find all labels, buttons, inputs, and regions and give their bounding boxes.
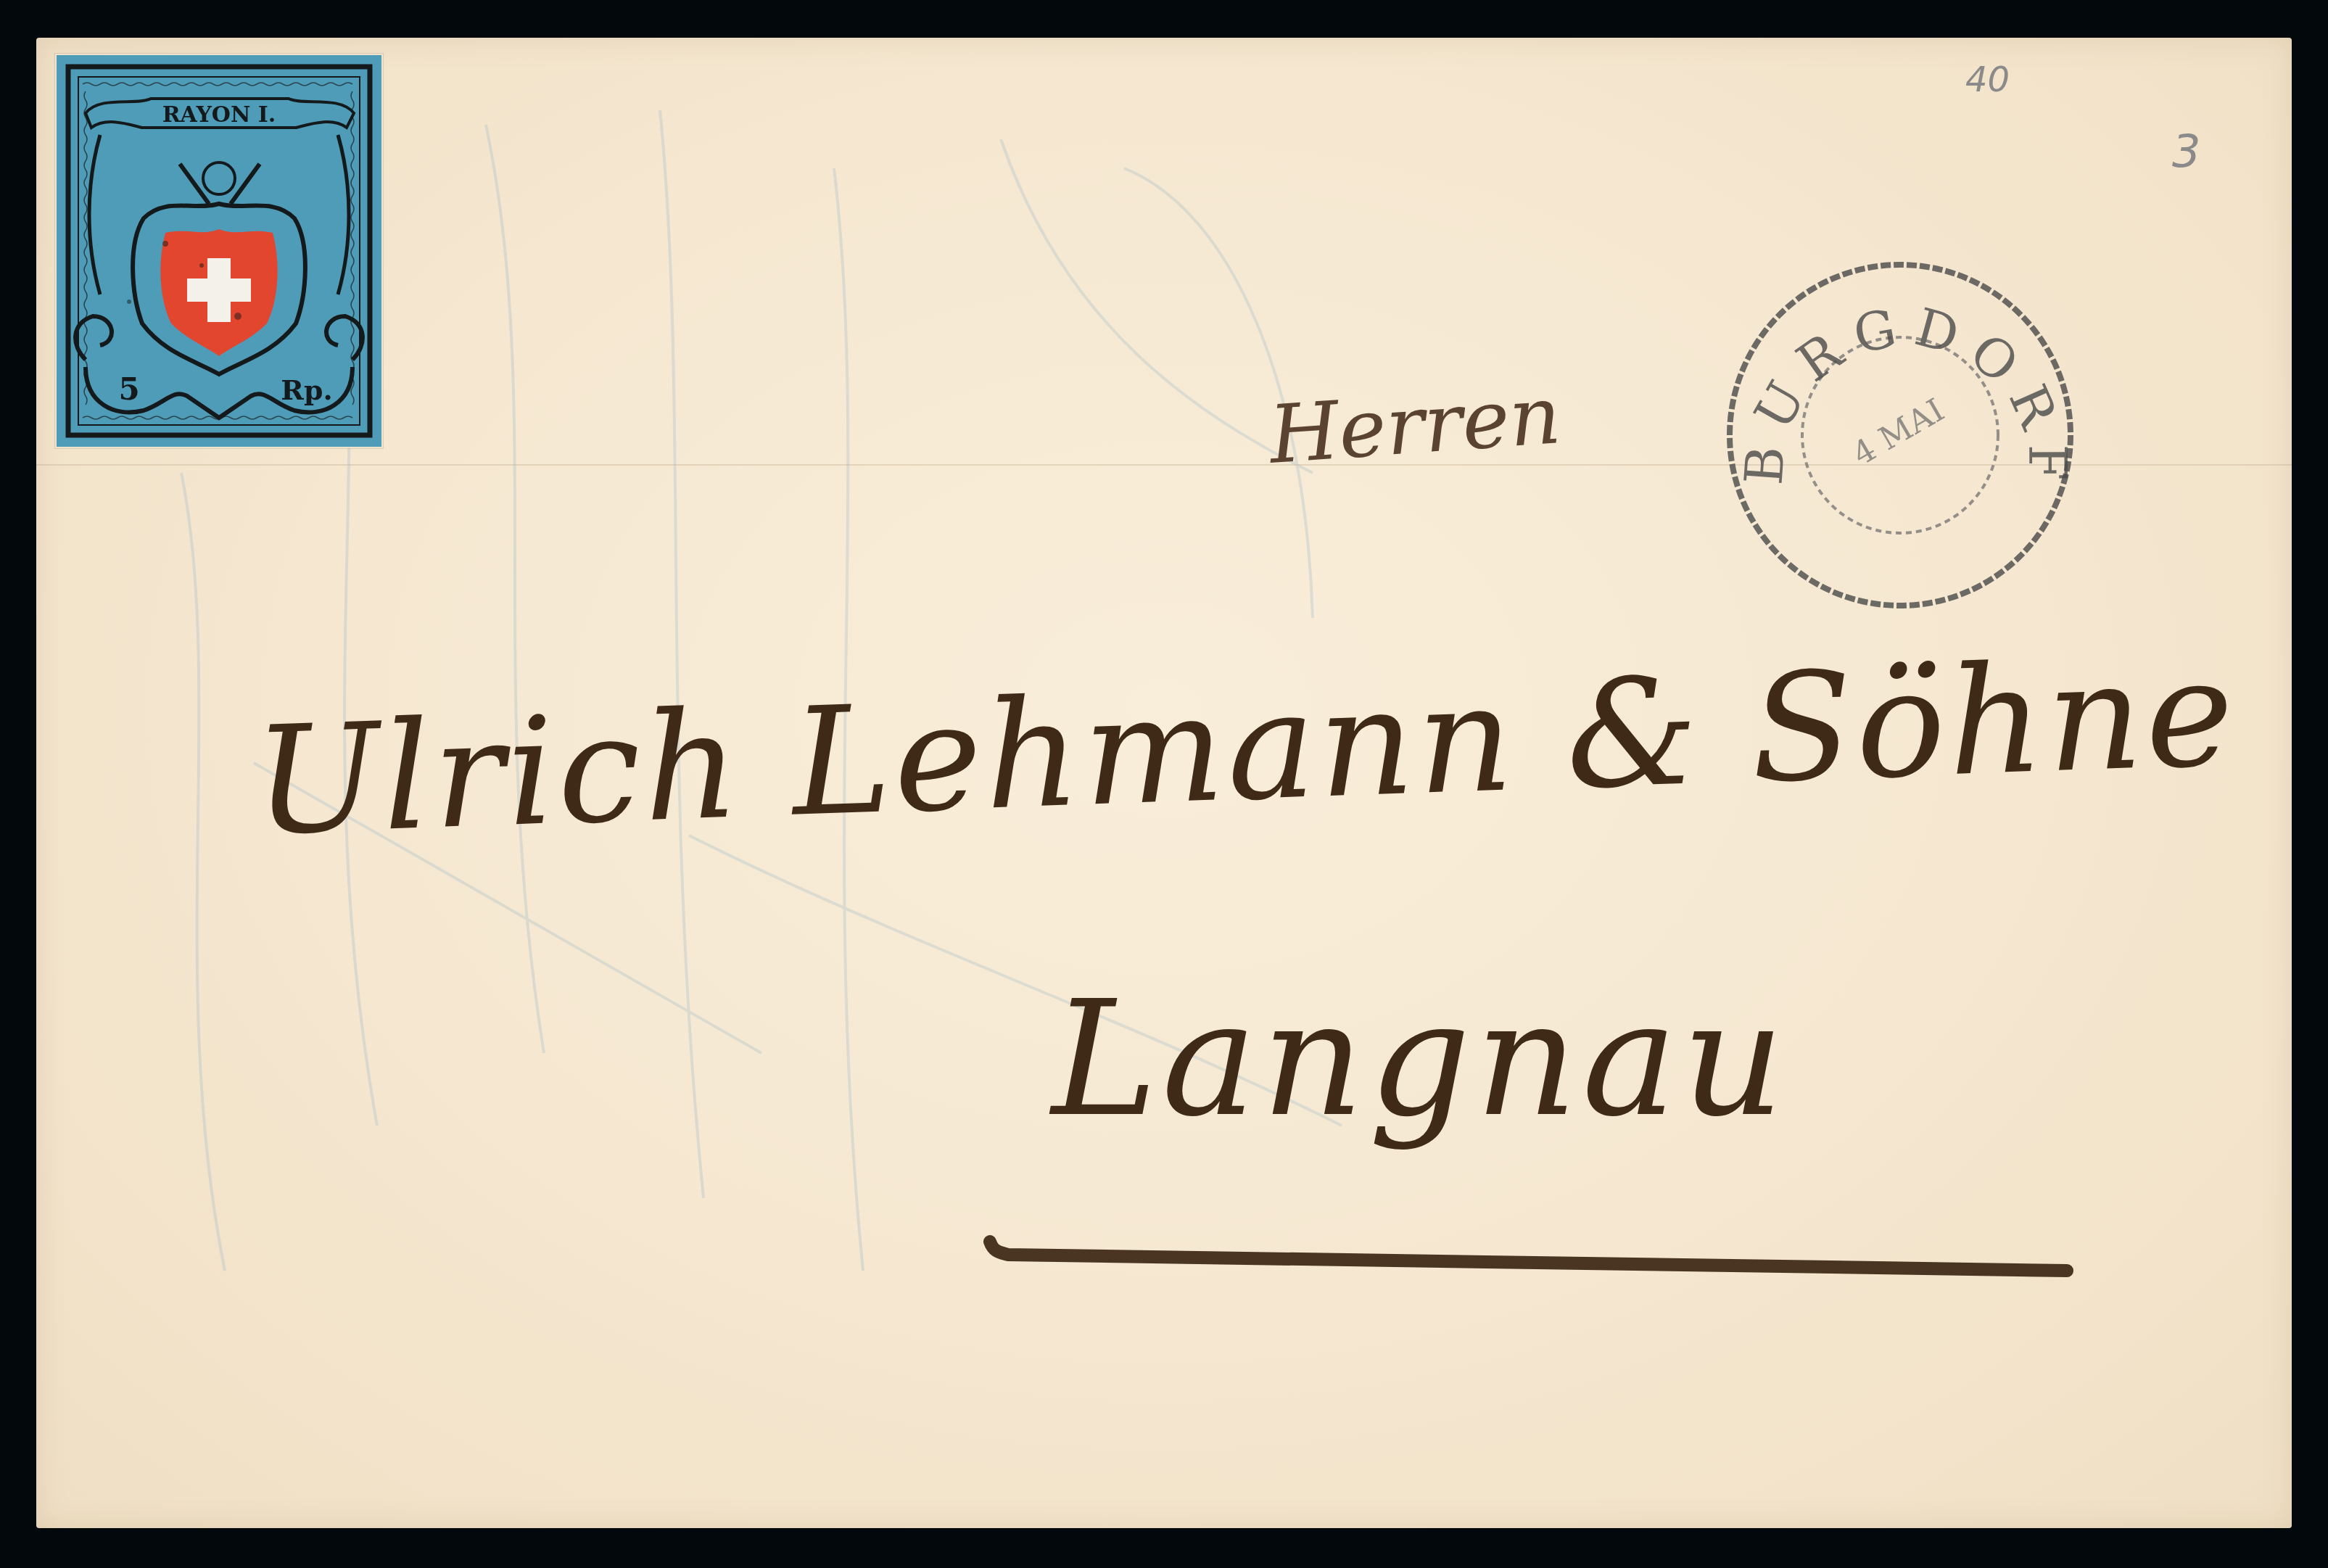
letter-cover: RAYON I. 5 Rp. BURGDORF 4 MAI 40 3 Herr bbox=[36, 38, 2292, 1528]
pencil-note-corner: 3 bbox=[2172, 125, 2200, 178]
stamp-header-text: RAYON I. bbox=[162, 102, 276, 128]
stamp: RAYON I. 5 Rp. bbox=[55, 54, 383, 448]
address-underline bbox=[979, 1213, 2110, 1300]
address-town: Langnau bbox=[1052, 966, 1788, 1152]
stamp-design: RAYON I. 5 Rp. bbox=[57, 55, 381, 447]
postmark: BURGDORF 4 MAI bbox=[1712, 247, 2089, 624]
stamp-value-unit: Rp. bbox=[281, 374, 332, 406]
pencil-note-top: 40 bbox=[1965, 59, 2010, 100]
postmark-date: 4 MAI bbox=[1846, 392, 1950, 473]
stamp-value-numeral: 5 bbox=[118, 371, 139, 407]
